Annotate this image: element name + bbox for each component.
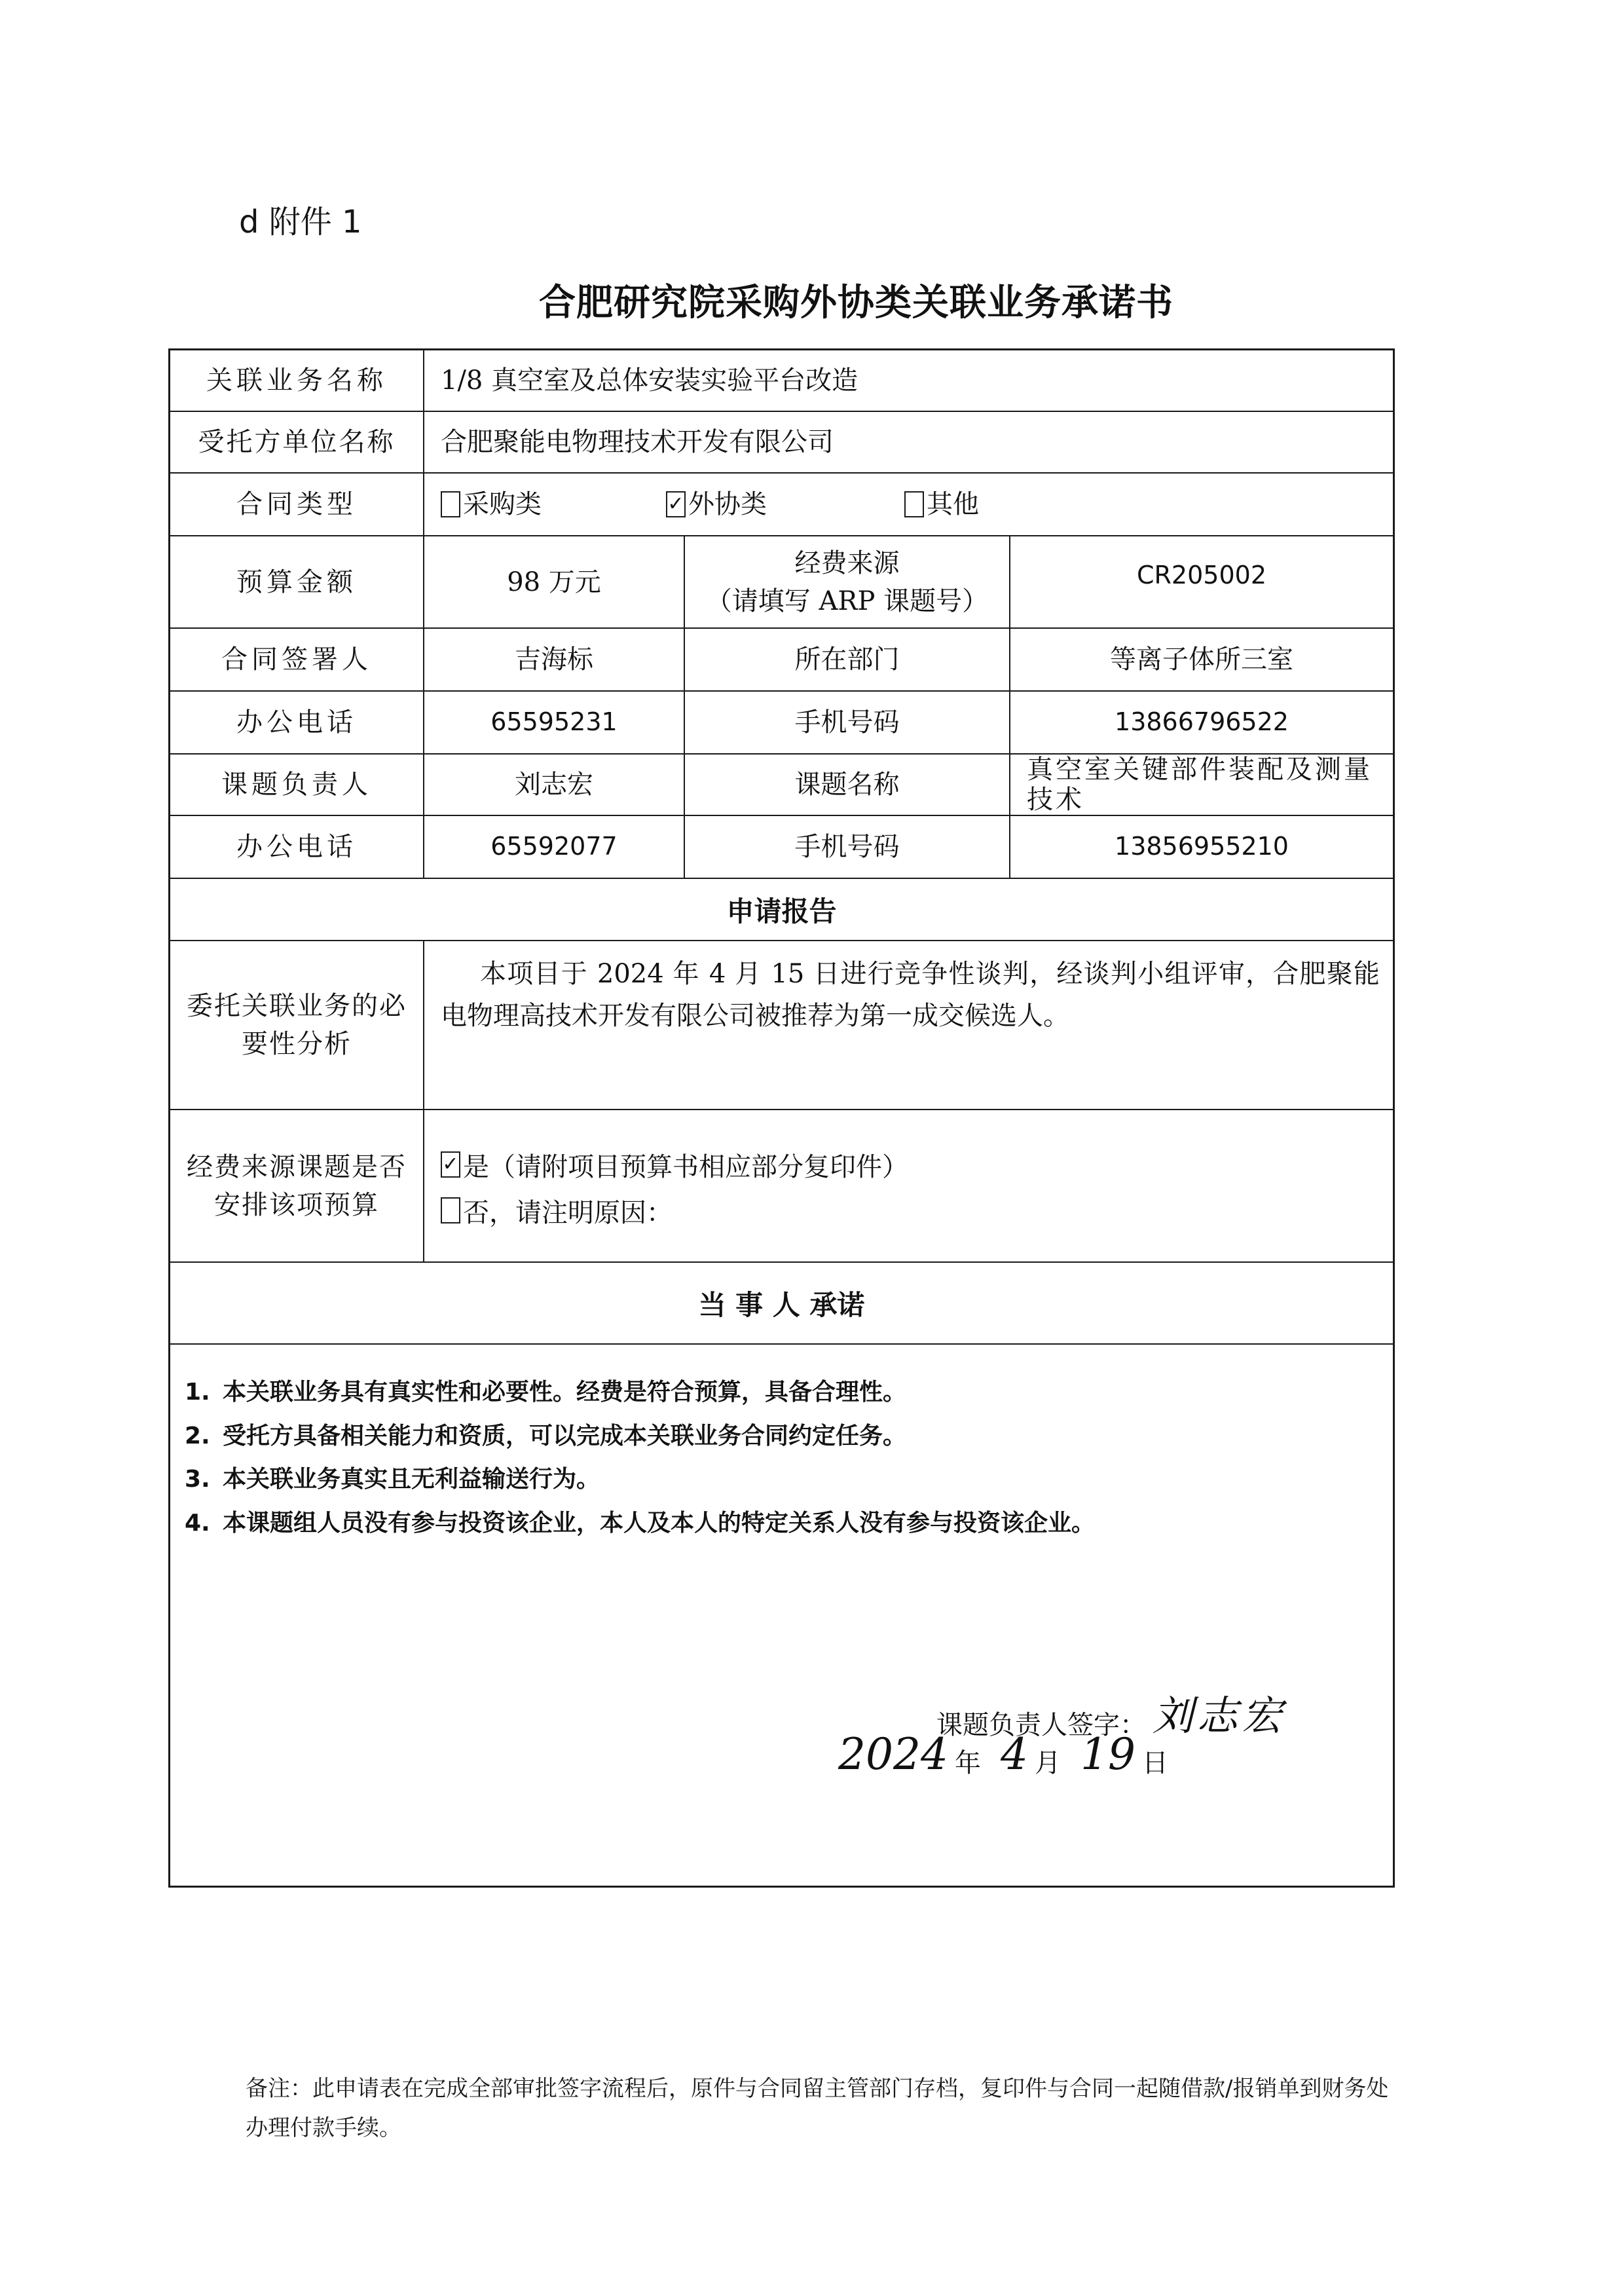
commitment-list: 1. 本关联业务具有真实性和必要性。经费是符合预算，具备合理性。 2. 受托方具… — [185, 1371, 1380, 1545]
mobile-value[interactable]: 13866796522 — [1010, 692, 1393, 753]
date-year-unit: 年 — [955, 1742, 981, 1780]
contract-type-option-other[interactable]: 其他 — [904, 485, 979, 523]
budget-arranged-label: 经费来源课题是否安排该项预算 — [170, 1110, 424, 1261]
row-budget: 预算金额 98 万元 经费来源 （请填写 ARP 课题号） CR205002 — [170, 536, 1393, 629]
budget-label: 预算金额 — [170, 536, 424, 627]
fund-source-hint: （请填写 ARP 课题号） — [706, 582, 988, 620]
checkbox-unchecked-icon[interactable] — [441, 1197, 460, 1223]
row-contract-type: 合同类型 采购类 ✓ 外协类 其他 — [170, 474, 1393, 536]
footnote: 备注：此申请表在完成全部审批签字流程后，原件与合同留主管部门存档，复印件与合同一… — [246, 2070, 1392, 2148]
commitment-item: 2. 受托方具备相关能力和资质，可以完成本关联业务合同约定任务。 — [185, 1415, 1380, 1459]
signer-value[interactable]: 吉海标 — [424, 629, 685, 690]
document-title: 合肥研究院采购外协类关联业务承诺书 — [0, 274, 1624, 326]
project-name-value[interactable]: 真空室关键部件装配及测量技术 — [1010, 755, 1393, 815]
budget-arranged-option-no[interactable]: 否，请注明原因： — [441, 1187, 1376, 1233]
commitment-heading: 当 事 人 承诺 — [170, 1263, 1393, 1343]
row-business-name: 关联业务名称 1/8 真空室及总体安装实验平台改造 — [170, 350, 1393, 412]
commitment-item: 4. 本课题组人员没有参与投资该企业，本人及本人的特定关系人没有参与投资该企业。 — [185, 1502, 1380, 1546]
project-name-label: 课题名称 — [685, 755, 1010, 815]
entrusted-party-label: 受托方单位名称 — [170, 412, 424, 472]
checkbox-checked-icon[interactable]: ✓ — [441, 1151, 460, 1178]
department-value[interactable]: 等离子体所三室 — [1010, 629, 1393, 690]
business-name-value[interactable]: 1/8 真空室及总体安装实验平台改造 — [424, 350, 1393, 411]
row-commitment-heading: 当 事 人 承诺 — [170, 1263, 1393, 1345]
contract-type-option-purchase[interactable]: 采购类 — [441, 485, 542, 523]
row-project-lead: 课题负责人 刘志宏 课题名称 真空室关键部件装配及测量技术 — [170, 755, 1393, 816]
row-signer: 合同签署人 吉海标 所在部门 等离子体所三室 — [170, 629, 1393, 692]
row-application-heading: 申请报告 — [170, 879, 1393, 941]
entrusted-party-value[interactable]: 合肥聚能电物理技术开发有限公司 — [424, 412, 1393, 472]
date-year[interactable]: 2024 — [838, 1729, 948, 1780]
row-signer-phone: 办公电话 65595231 手机号码 13866796522 — [170, 692, 1393, 755]
checkbox-unchecked-icon[interactable] — [441, 491, 460, 517]
mobile-value[interactable]: 13856955210 — [1010, 816, 1393, 878]
mobile-label: 手机号码 — [685, 816, 1010, 878]
date-day-unit: 日 — [1142, 1742, 1168, 1780]
mobile-label: 手机号码 — [685, 692, 1010, 753]
attachment-label: d 附件 1 — [239, 196, 362, 242]
fund-source-label-cell: 经费来源 （请填写 ARP 课题号） — [685, 536, 1010, 627]
option-label: 其他 — [927, 485, 979, 523]
budget-value[interactable]: 98 万元 — [424, 536, 685, 627]
signature-date: 2024 年 4 月 19 日 — [832, 1729, 1168, 1780]
contract-type-options: 采购类 ✓ 外协类 其他 — [424, 474, 1393, 535]
budget-arranged-option-yes[interactable]: ✓ 是（请附项目预算书相应部分复印件） — [441, 1142, 1376, 1187]
office-phone-value[interactable]: 65592077 — [424, 816, 685, 878]
fund-source-label: 经费来源 — [795, 544, 900, 582]
commitment-item: 3. 本关联业务真实且无利益输送行为。 — [185, 1458, 1380, 1502]
option-label: 否，请注明原因： — [463, 1192, 673, 1229]
commitment-form: 关联业务名称 1/8 真空室及总体安装实验平台改造 受托方单位名称 合肥聚能电物… — [168, 348, 1395, 1888]
necessity-label: 委托关联业务的必要性分析 — [170, 941, 424, 1109]
office-phone-label: 办公电话 — [170, 692, 424, 753]
date-month-unit: 月 — [1035, 1742, 1061, 1780]
option-label: 外协类 — [688, 485, 767, 523]
row-budget-arranged: 经费来源课题是否安排该项预算 ✓ 是（请附项目预算书相应部分复印件） 否，请注明… — [170, 1110, 1393, 1263]
office-phone-value[interactable]: 65595231 — [424, 692, 685, 753]
date-month[interactable]: 4 — [1001, 1729, 1028, 1780]
office-phone-label: 办公电话 — [170, 816, 424, 878]
fund-source-value[interactable]: CR205002 — [1010, 536, 1393, 627]
row-commitment-body: 1. 本关联业务具有真实性和必要性。经费是符合预算，具备合理性。 2. 受托方具… — [170, 1345, 1393, 1888]
checkbox-checked-icon[interactable]: ✓ — [666, 491, 686, 517]
row-entrusted-party: 受托方单位名称 合肥聚能电物理技术开发有限公司 — [170, 412, 1393, 474]
checkbox-unchecked-icon[interactable] — [904, 491, 924, 517]
signer-label: 合同签署人 — [170, 629, 424, 690]
application-report-heading: 申请报告 — [170, 879, 1393, 940]
handwritten-signature[interactable]: 刘志宏 — [1153, 1683, 1286, 1742]
contract-type-option-outsourcing[interactable]: ✓ 外协类 — [666, 485, 767, 523]
date-day[interactable]: 19 — [1080, 1729, 1135, 1780]
row-lead-phone: 办公电话 65592077 手机号码 13856955210 — [170, 816, 1393, 879]
business-name-label: 关联业务名称 — [170, 350, 424, 411]
budget-arranged-options: ✓ 是（请附项目预算书相应部分复印件） 否，请注明原因： — [424, 1110, 1393, 1261]
row-necessity: 委托关联业务的必要性分析 本项目于 2024 年 4 月 15 日进行竞争性谈判… — [170, 941, 1393, 1110]
option-label: 是（请附项目预算书相应部分复印件） — [463, 1146, 908, 1184]
contract-type-label: 合同类型 — [170, 474, 424, 535]
necessity-text[interactable]: 本项目于 2024 年 4 月 15 日进行竞争性谈判，经谈判小组评审，合肥聚能… — [424, 941, 1393, 1109]
department-label: 所在部门 — [685, 629, 1010, 690]
project-lead-value[interactable]: 刘志宏 — [424, 755, 685, 815]
commitment-item: 1. 本关联业务具有真实性和必要性。经费是符合预算，具备合理性。 — [185, 1371, 1380, 1415]
option-label: 采购类 — [463, 485, 542, 523]
project-lead-label: 课题负责人 — [170, 755, 424, 815]
